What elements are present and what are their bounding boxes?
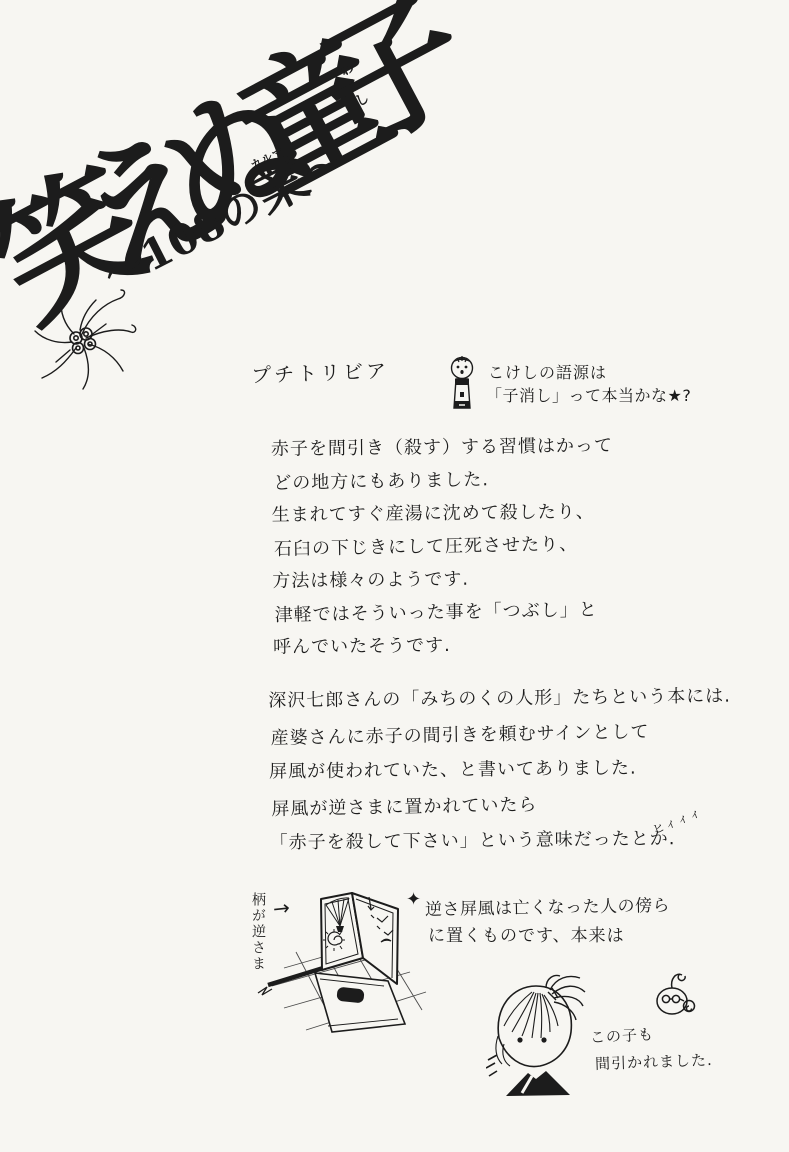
star-icon: ✦ — [406, 889, 421, 910]
girl-caption-line-1: この子も — [589, 1023, 654, 1047]
screen-note-line-1: 逆さ屏風は亡くなった人の傍ら — [425, 891, 670, 920]
paragraph-line: 深沢七郎さんの「みちのくの人形」たちという本には. — [268, 679, 731, 719]
paragraph-line: どの地方にもありました. — [273, 461, 616, 500]
screen-note-line-2: に置くものです、本来は — [428, 921, 625, 946]
girl-illustration — [486, 974, 588, 1096]
paragraph-line: 方法は様々のようです. — [272, 561, 614, 598]
paragraph-line: 生まれてすぐ産湯に沈めて殺したり、 — [271, 495, 613, 532]
paragraph-line: 津軽ではそういった事を「つぶし」と — [274, 593, 617, 632]
spirit-illustration — [649, 968, 699, 1020]
paragraph-line: 呼んでいたそうです. — [273, 627, 615, 664]
trivia-question-line-1: こけしの語源は — [488, 360, 607, 383]
paragraph-line: 石臼の下じきにして圧死させたり、 — [274, 527, 617, 566]
spider-lily-illustration — [28, 282, 140, 394]
kokeshi-doll-icon — [446, 354, 478, 412]
paragraph-line: 屏風が使われていた、と書いてありました. — [269, 750, 732, 790]
paragraph-line: 産婆さんに赤子の間引きを頼むサインとして — [270, 712, 733, 756]
trivia-question-line-2: 「子消し」って本当かな★? — [486, 383, 691, 406]
paragraph-line: 赤子を間引き（殺す）する習慣はかって — [271, 429, 613, 466]
girl-caption-line-2: 間引かれました. — [595, 1049, 713, 1074]
trivia-heading: プチトリビア — [251, 355, 390, 389]
body-paragraph-1: 赤子を間引き（殺す）する習慣はかって どの地方にもありました. 生まれてすぐ産湯… — [271, 429, 615, 664]
manga-trivia-page: 笑えぬ童子 わらし 〜108の業カルマ〜 プチトリビア — [0, 0, 789, 1152]
